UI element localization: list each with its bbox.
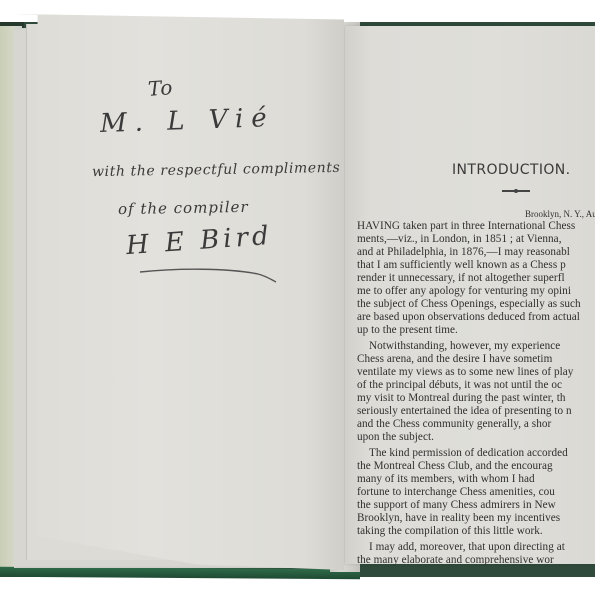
text-line: render it unnecessary, if not altogether… — [357, 272, 565, 284]
text-line: fortune to interchange Chess amenities, … — [357, 486, 555, 498]
text-line: taking the compilation of this little wo… — [357, 525, 543, 537]
book-photo: To M. L Vié with the respectful complime… — [0, 0, 595, 595]
inscription-compliments: with the respectful compliments — [92, 160, 341, 180]
dateline: Brooklyn, N. Y., Augu — [525, 209, 595, 219]
text-line: my visit to Montreal during the past win… — [357, 392, 566, 404]
text-line: of the principal débuts, it was not unti… — [357, 379, 562, 391]
text-line: the Montreal Chess Club, and the encoura… — [357, 460, 553, 472]
text-line: up to the present time. — [357, 324, 458, 336]
text-line: seriously entertained the idea of presen… — [357, 405, 572, 417]
introduction-text: INTRODUCTION. Brooklyn, N. Y., Augu HAVI… — [357, 0, 595, 595]
text-line: that I am sufficiently well known as a C… — [357, 259, 566, 271]
text-line: upon the subject. — [357, 431, 434, 443]
page-title: INTRODUCTION. — [452, 162, 571, 178]
text-line: I may add, moreover, that upon directing… — [369, 541, 565, 553]
flyleaf-page: To M. L Vié with the respectful complime… — [18, 14, 344, 570]
text-line: many of its members, with whom I had — [357, 473, 535, 485]
inscription-compiler: of the compiler — [118, 198, 249, 218]
signature-flourish-icon — [138, 266, 278, 284]
text-line: and the Chess community generally, a sho… — [357, 418, 551, 430]
text-line: and at Philadelphia, in 1876,—I may reas… — [357, 246, 570, 258]
text-line: me to offer any apology for venturing my… — [357, 285, 571, 297]
text-line: the many elaborate and comprehensive wor — [357, 554, 554, 566]
cover-bottom-edge — [0, 567, 360, 580]
text-line: The kind permission of dedication accord… — [369, 447, 568, 459]
text-line: the subject of Chess Openings, especiall… — [357, 298, 581, 310]
inscription-to: To — [147, 75, 173, 101]
signature: H E Bird — [125, 221, 273, 261]
handwritten-inscription: To M. L Vié with the respectful complime… — [18, 14, 344, 570]
text-line: Brooklyn, have in reality been my incent… — [357, 512, 560, 524]
text-line: HAVING taken part in three International… — [357, 220, 575, 232]
text-line: ventilate my views as to some new lines … — [357, 366, 573, 378]
text-line: the support of many Chess admirers in Ne… — [357, 499, 556, 511]
text-line: ments,—viz., in London, in 1851 ; at Vie… — [357, 233, 562, 245]
text-line: are based upon observations deduced from… — [357, 311, 580, 323]
text-line: Chess arena, and the desire I have somet… — [357, 353, 552, 365]
ornament-rule-icon — [502, 190, 530, 192]
text-line: Notwithstanding, however, my experience — [369, 340, 560, 352]
inscription-recipient: M. L Vié — [100, 103, 276, 139]
